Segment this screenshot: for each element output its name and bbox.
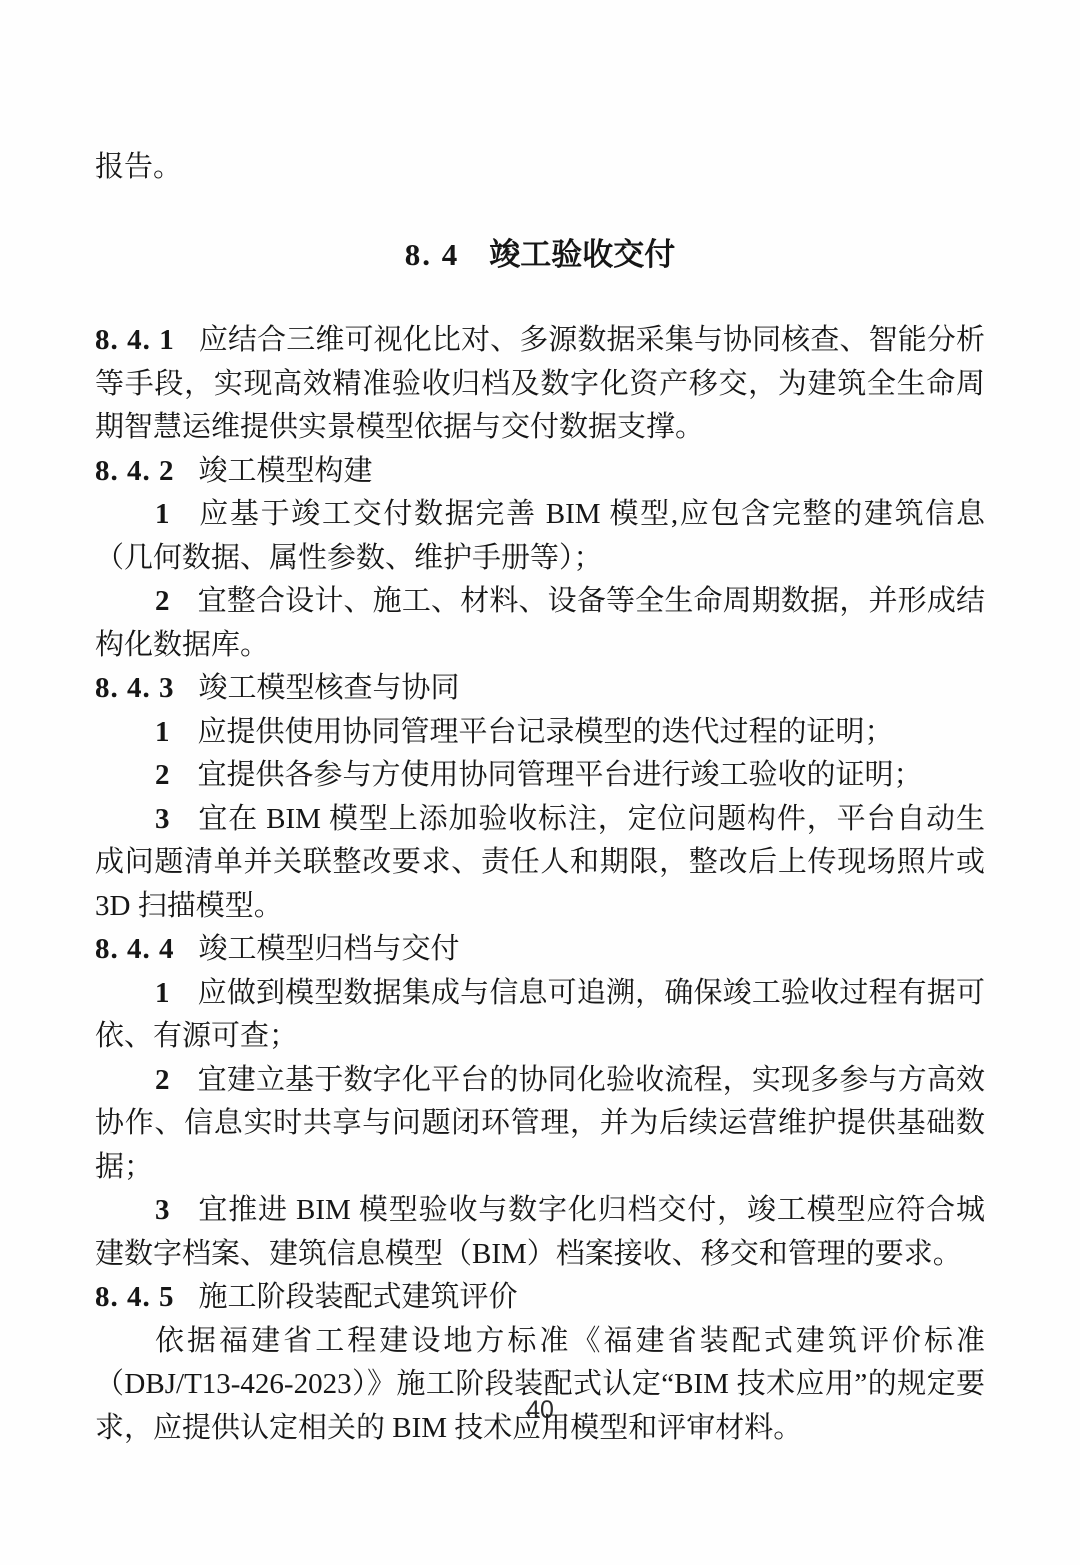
page-content: 报告。 8. 4竣工验收交付 8. 4. 1应结合三维可视化比对、多源数据采集与… xyxy=(95,146,985,1450)
item-number: 1 xyxy=(155,716,170,748)
page-number: 40 xyxy=(0,1396,1080,1425)
clause-number: 8. 4. 2 xyxy=(95,455,175,487)
item-text: 应提供使用协同管理平台记录模型的迭代过程的证明； xyxy=(198,716,894,748)
clause-number: 8. 4. 3 xyxy=(95,672,175,704)
clause-8-4-2: 8. 4. 2竣工模型构建 xyxy=(95,450,985,494)
item-number: 1 xyxy=(155,498,170,530)
clause-8-4-5-paragraph: 依据福建省工程建设地方标准《福建省装配式建筑评价标准（DBJ/T13-426-2… xyxy=(95,1320,985,1451)
clause-number: 8. 4. 5 xyxy=(95,1281,175,1313)
clause-number: 8. 4. 4 xyxy=(95,933,175,965)
clause-8-4-2-item-1: 1应基于竣工交付数据完善 BIM 模型,应包含完整的建筑信息（几何数据、属性参数… xyxy=(95,493,985,580)
clause-8-4-1: 8. 4. 1应结合三维可视化比对、多源数据采集与协同核查、智能分析等手段，实现… xyxy=(95,319,985,450)
item-text: 宜提供各参与方使用协同管理平台进行竣工验收的证明； xyxy=(198,759,923,791)
clause-title: 施工阶段装配式建筑评价 xyxy=(199,1281,518,1313)
clause-8-4-3-item-1: 1应提供使用协同管理平台记录模型的迭代过程的证明； xyxy=(95,711,985,755)
item-text: 应基于竣工交付数据完善 BIM 模型,应包含完整的建筑信息（几何数据、属性参数、… xyxy=(95,498,985,574)
clause-title: 竣工模型构建 xyxy=(199,455,373,487)
item-text: 宜在 BIM 模型上添加验收标注，定位问题构件，平台自动生成问题清单并关联整改要… xyxy=(95,803,985,922)
document-page: 报告。 8. 4竣工验收交付 8. 4. 1应结合三维可视化比对、多源数据采集与… xyxy=(0,0,1080,1565)
item-text: 宜整合设计、施工、材料、设备等全生命周期数据，并形成结构化数据库。 xyxy=(95,585,985,661)
clause-number: 8. 4. 1 xyxy=(95,324,175,356)
item-number: 3 xyxy=(155,803,170,835)
section-heading-title: 竣工验收交付 xyxy=(489,237,675,272)
clause-8-4-4-item-1: 1应做到模型数据集成与信息可追溯，确保竣工验收过程有据可依、有源可查； xyxy=(95,972,985,1059)
item-number: 2 xyxy=(155,759,170,791)
clause-text: 应结合三维可视化比对、多源数据采集与协同核查、智能分析等手段，实现高效精准验收归… xyxy=(95,324,985,443)
section-heading: 8. 4竣工验收交付 xyxy=(95,233,985,277)
item-text: 宜建立基于数字化平台的协同化验收流程，实现多参与方高效协作、信息实时共享与问题闭… xyxy=(95,1064,985,1183)
item-number: 3 xyxy=(155,1194,170,1226)
clause-8-4-4-item-3: 3宜推进 BIM 模型验收与数字化归档交付，竣工模型应符合城建数字档案、建筑信息… xyxy=(95,1189,985,1276)
item-number: 1 xyxy=(155,977,170,1009)
item-number: 2 xyxy=(155,585,170,617)
clause-8-4-4: 8. 4. 4竣工模型归档与交付 xyxy=(95,928,985,972)
clause-8-4-5: 8. 4. 5施工阶段装配式建筑评价 xyxy=(95,1276,985,1320)
clause-8-4-3-item-2: 2宜提供各参与方使用协同管理平台进行竣工验收的证明； xyxy=(95,754,985,798)
clause-8-4-2-item-2: 2宜整合设计、施工、材料、设备等全生命周期数据，并形成结构化数据库。 xyxy=(95,580,985,667)
clause-title: 竣工模型核查与协同 xyxy=(199,672,460,704)
clause-8-4-3-item-3: 3宜在 BIM 模型上添加验收标注，定位问题构件，平台自动生成问题清单并关联整改… xyxy=(95,798,985,929)
item-text: 应做到模型数据集成与信息可追溯，确保竣工验收过程有据可依、有源可查； xyxy=(95,977,985,1053)
item-number: 2 xyxy=(155,1064,170,1096)
leading-paragraph: 报告。 xyxy=(95,146,985,190)
item-text: 宜推进 BIM 模型验收与数字化归档交付，竣工模型应符合城建数字档案、建筑信息模… xyxy=(95,1194,985,1270)
section-heading-number: 8. 4 xyxy=(405,237,460,272)
clause-8-4-4-item-2: 2宜建立基于数字化平台的协同化验收流程，实现多参与方高效协作、信息实时共享与问题… xyxy=(95,1059,985,1190)
clause-title: 竣工模型归档与交付 xyxy=(199,933,460,965)
clause-8-4-3: 8. 4. 3竣工模型核查与协同 xyxy=(95,667,985,711)
